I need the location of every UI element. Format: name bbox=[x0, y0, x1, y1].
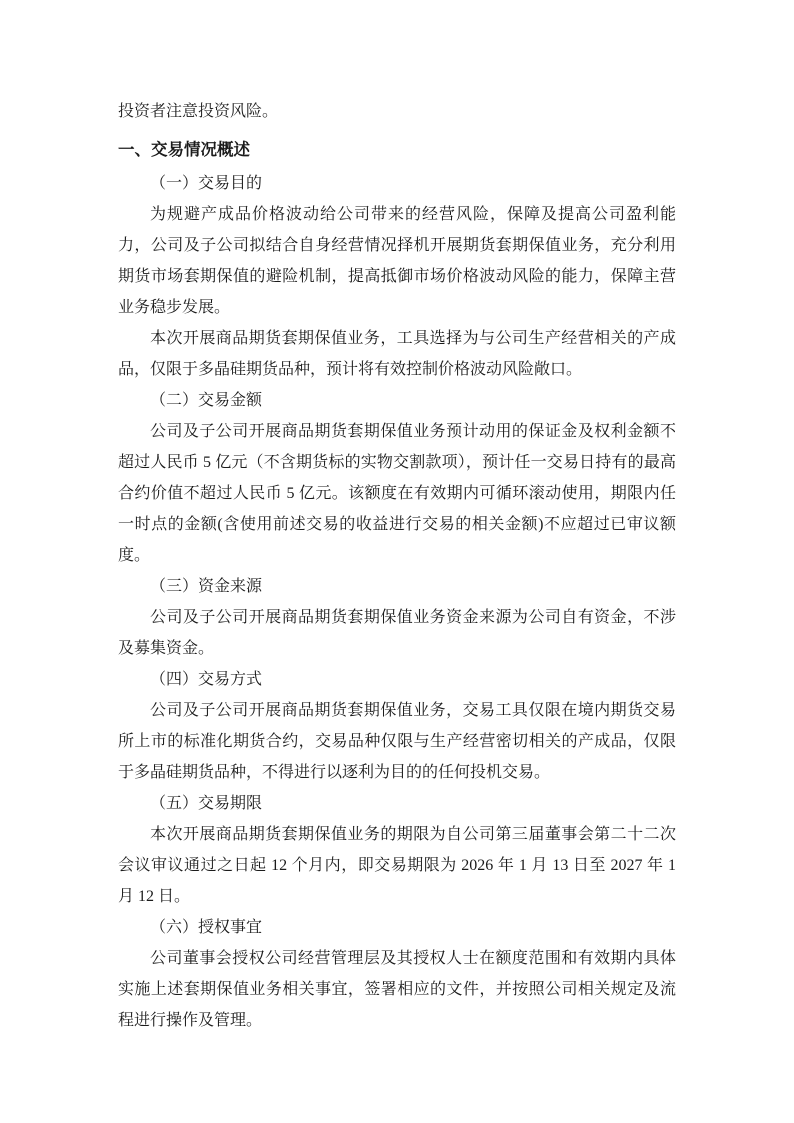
paragraph-authorization: 公司董事会授权公司经营管理层及其授权人士在额度范围和有效期内具体实施上述套期保值… bbox=[118, 943, 676, 1036]
section-heading-transaction-overview: 一、交易情况概述 bbox=[118, 134, 676, 166]
paragraph-transaction-method: 公司及子公司开展商品期货套期保值业务，交易工具仅限在境内期货交易所上市的标准化期… bbox=[118, 695, 676, 788]
paragraph-transaction-purpose-2: 本次开展商品期货套期保值业务，工具选择为与公司生产经营相关的产成品，仅限于多晶硅… bbox=[118, 323, 676, 385]
paragraph-transaction-purpose-1: 为规避产成品价格波动给公司带来的经营风险，保障及提高公司盈利能力，公司及子公司拟… bbox=[118, 199, 676, 323]
paragraph-transaction-term: 本次开展商品期货套期保值业务的期限为自公司第三届董事会第二十二次会议审议通过之日… bbox=[118, 819, 676, 912]
subsection-heading-transaction-purpose: （一）交易目的 bbox=[118, 168, 676, 199]
subsection-heading-funding-source: （三）资金来源 bbox=[118, 571, 676, 602]
paragraph-transaction-amount: 公司及子公司开展商品期货套期保值业务预计动用的保证金及权利金额不超过人民币 5 … bbox=[118, 416, 676, 571]
subsection-heading-transaction-term: （五）交易期限 bbox=[118, 788, 676, 819]
document-page: 投资者注意投资风险。 一、交易情况概述 （一）交易目的 为规避产成品价格波动给公… bbox=[0, 0, 794, 1123]
subsection-heading-transaction-method: （四）交易方式 bbox=[118, 664, 676, 695]
risk-notice-continuation-line: 投资者注意投资风险。 bbox=[118, 96, 676, 127]
subsection-heading-transaction-amount: （二）交易金额 bbox=[118, 385, 676, 416]
subsection-heading-authorization: （六）授权事宜 bbox=[118, 912, 676, 943]
paragraph-funding-source: 公司及子公司开展商品期货套期保值业务资金来源为公司自有资金，不涉及募集资金。 bbox=[118, 602, 676, 664]
